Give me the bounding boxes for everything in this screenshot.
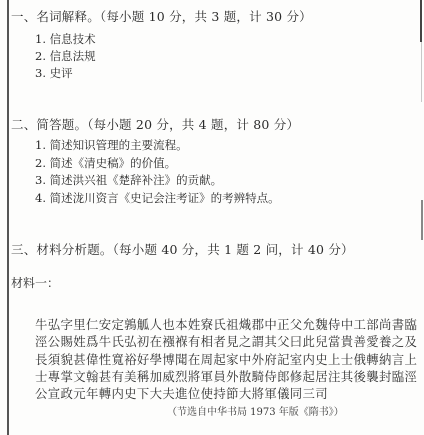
page-border-left [7,0,9,435]
section-1-item-3: 3. 史评 [35,66,73,80]
passage-line-1: 牛弘字里仁安定鶉觚人也本姓寮氏祖熾郡中正父允魏侍中工部尚書臨 [35,318,417,332]
passage-line-2: 涇公賜姓爲牛氏弘初在襁褓有相者見之謂其父曰此兒當貴善愛養之及 [35,335,417,349]
section-1-heading: 一、名词解释。（每小题 10 分，共 3 题，计 30 分） [11,10,312,24]
page-border-right [420,0,422,42]
section-2-heading: 二、简答题。（每小题 20 分，共 4 题，计 80 分） [11,118,299,132]
section-1-item-2: 2. 信息法规 [35,49,96,63]
section-2-item-2: 2. 简述《清史稿》的价值。 [35,156,176,170]
section-3-heading: 三、材料分析题。（每小题 40 分，共 1 题 2 问，计 40 分） [11,243,354,257]
section-1-item-1: 1. 信息技术 [35,32,96,46]
section-2-item-1: 1. 简述知识管理的主要流程。 [35,138,188,152]
page-border-right-mid [421,200,423,240]
section-2-item-4: 4. 简述泷川资言《史记会注考证》的考辨特点。 [35,191,280,205]
page-border-right-faint [421,42,422,102]
passage-line-4: 士專掌文翰甚有美稱加威烈將軍員外散騎侍郎修起居注其後襲封臨涇 [35,370,417,384]
passage-line-3: 長須貌甚偉性寬裕好學博聞在周起家中外府記室内史上士俄轉納言上 [35,353,417,367]
material-label: 材料一： [11,276,59,290]
material-citation: （节选自中华书局 1973 年版《隋书》） [167,406,344,420]
section-2-item-3: 3. 简述洪兴祖《楚辞补注》的贡献。 [35,173,222,187]
passage-line-5: 公宣政元年轉内史下大夫進位使持節大將軍儀同三司 [35,387,328,401]
